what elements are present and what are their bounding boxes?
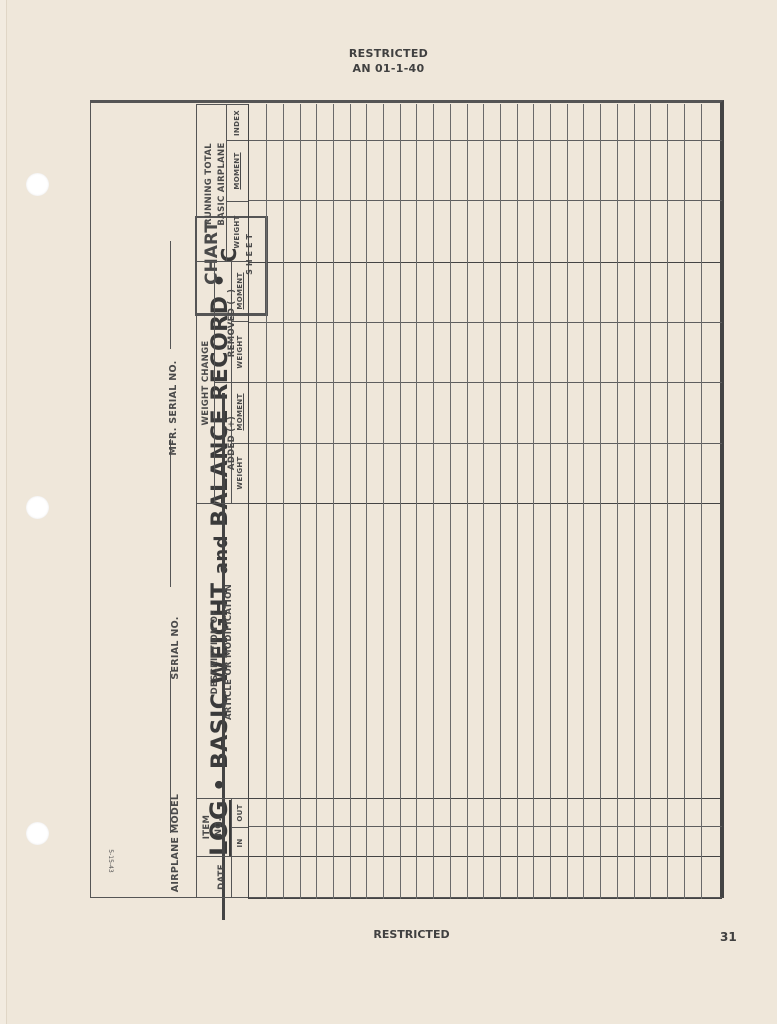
- weight-balance-form: LOG • BASIC WEIGHT and BALANCE RECORD • …: [86, 96, 726, 902]
- removed-moment-label: MOMENT: [234, 266, 246, 316]
- running-moment-label: MOMENT: [231, 146, 243, 196]
- removed-weight-label: WEIGHT: [234, 327, 246, 377]
- item-no-label: ITEMNO.: [201, 807, 227, 847]
- running-index-label: INDEX: [231, 103, 243, 143]
- punch-hole: [26, 822, 49, 845]
- page-number: 31: [720, 930, 737, 944]
- mfr-serial-no-label: MFR. SERIAL NO.: [167, 353, 181, 463]
- description-label: DESCRIPTION OF ARTICLE OR MODIFICATION: [208, 572, 236, 732]
- header-classification: RESTRICTED: [0, 46, 777, 61]
- weight-change-label: WEIGHT CHANGE: [199, 323, 213, 443]
- date-label: DATE: [215, 857, 229, 897]
- airplane-model-field[interactable]: [170, 671, 171, 833]
- mfr-serial-no-field[interactable]: [170, 241, 171, 349]
- added-weight-label: WEIGHT: [234, 448, 246, 498]
- item-in-label: IN: [234, 828, 246, 858]
- page-header: RESTRICTED AN 01-1-40: [0, 46, 777, 76]
- added-moment-label: MOMENT: [234, 387, 246, 437]
- footer-classification: RESTRICTED: [0, 928, 777, 941]
- running-total-label: RUNNING TOTAL BASIC AIRPLANE: [203, 124, 229, 244]
- punch-hole: [26, 173, 49, 196]
- serial-no-label: SERIAL NO.: [169, 608, 183, 688]
- form-border: [90, 100, 724, 898]
- item-out-label: OUT: [234, 798, 246, 828]
- running-weight-label: WEIGHT: [231, 207, 243, 257]
- header-document-number: AN 01-1-40: [0, 61, 777, 76]
- punch-hole: [26, 496, 49, 519]
- airplane-model-label: AIRPLANE MODEL: [169, 793, 183, 893]
- print-date-code: 5-15-43: [105, 841, 115, 881]
